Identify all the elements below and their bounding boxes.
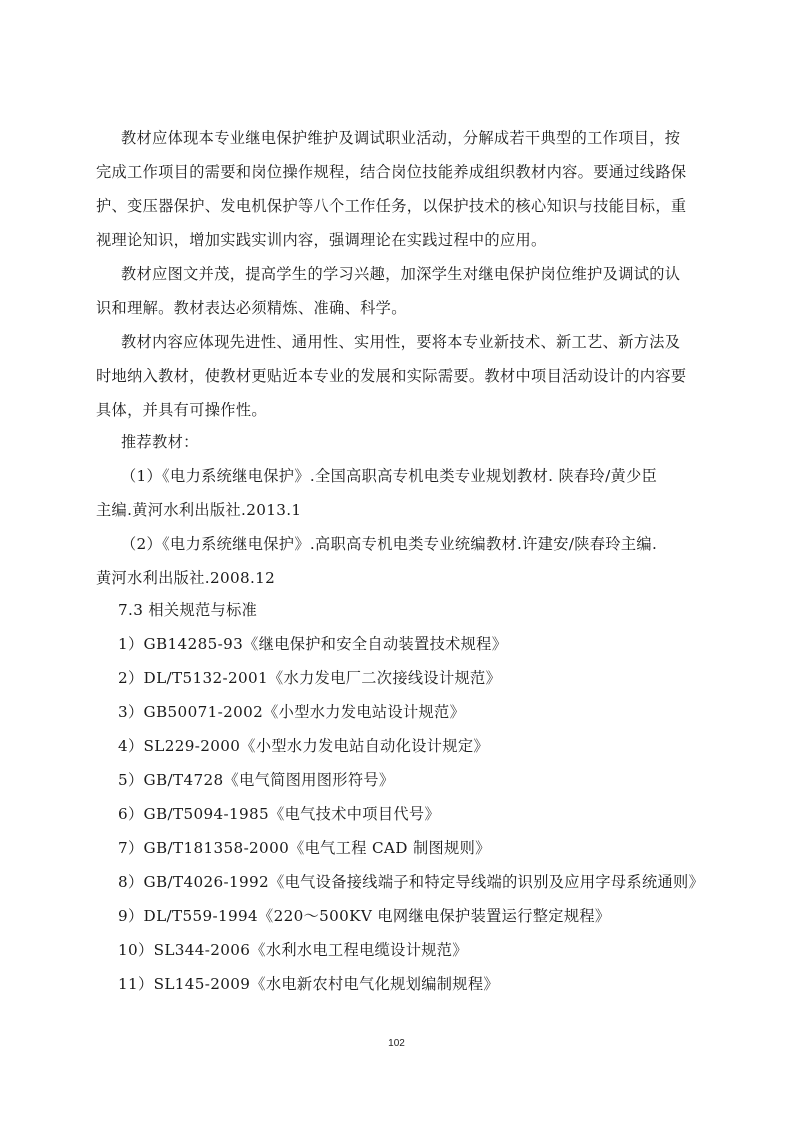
book-1-line-1: （1）《电力系统继电保护》.全国高职高专机电类专业规划教材. 陕春玲/黄少臣 <box>121 466 657 486</box>
paragraph-2-line-2: 识和理解。教材表达必须精炼、准确、科学。 <box>96 298 407 318</box>
paragraph-2-line-1: 教材应图文并茂，提高学生的学习兴趣，加深学生对继电保护岗位维护及调试的认 <box>121 264 680 284</box>
paragraph-1-line-4: 视理论知识，增加实践实训内容，强调理论在实践过程中的应用。 <box>96 230 547 250</box>
paragraph-1-line-1: 教材应体现本专业继电保护维护及调试职业活动，分解成若干典型的工作项目，按 <box>121 128 680 148</box>
book-2-line-2: 黄河水利出版社.2008.12 <box>96 568 275 588</box>
page-number: 102 <box>0 1038 793 1049</box>
recommended-heading: 推荐教材： <box>121 432 199 452</box>
section-heading: 7.3 相关规范与标准 <box>118 600 257 620</box>
book-1-line-2: 主编.黄河水利出版社.2013.1 <box>96 500 301 520</box>
book-2-line-1: （2）《电力系统继电保护》.高职高专机电类专业统编教材.许建安/陕春玲主编. <box>121 534 657 554</box>
standard-item-6: 6）GB/T5094-1985《电气技术中项目代号》 <box>118 804 440 824</box>
paragraph-3-line-2: 时地纳入教材，使教材更贴近本专业的发展和实际需要。教材中项目活动设计的内容要 <box>96 366 686 386</box>
standard-item-7: 7）GB/T181358-2000《电气工程 CAD 制图规则》 <box>118 838 491 858</box>
paragraph-1-line-3: 护、变压器保护、发电机保护等八个工作任务，以保护技术的核心知识与技能目标，重 <box>96 196 686 216</box>
standard-item-3: 3）GB50071-2002《小型水力发电站设计规范》 <box>118 702 465 722</box>
standard-item-2: 2）DL/T5132-2001《水力发电厂二次接线设计规范》 <box>118 668 501 688</box>
standard-item-8: 8）GB/T4026-1992《电气设备接线端子和特定导线端的识别及应用字母系统… <box>118 872 704 892</box>
standard-item-9: 9）DL/T559-1994《220～500KV 电网继电保护装置运行整定规程》 <box>118 906 610 926</box>
standard-item-11: 11）SL145-2009《水电新农村电气化规划编制规程》 <box>118 974 499 994</box>
document-page: 教材应体现本专业继电保护维护及调试职业活动，分解成若干典型的工作项目，按 完成工… <box>0 0 793 1122</box>
paragraph-3-line-3: 具体，并具有可操作性。 <box>96 400 267 420</box>
standard-item-5: 5）GB/T4728《电气简图用图形符号》 <box>118 770 394 790</box>
paragraph-1-line-2: 完成工作项目的需要和岗位操作规程，结合岗位技能养成组织教材内容。要通过线路保 <box>96 162 686 182</box>
standard-item-10: 10）SL344-2006《水利水电工程电缆设计规范》 <box>118 940 468 960</box>
standard-item-4: 4）SL229-2000《小型水力发电站自动化设计规定》 <box>118 736 489 756</box>
standard-item-1: 1）GB14285-93《继电保护和安全自动装置技术规程》 <box>118 634 507 654</box>
paragraph-3-line-1: 教材内容应体现先进性、通用性、实用性，要将本专业新技术、新工艺、新方法及 <box>121 332 680 352</box>
